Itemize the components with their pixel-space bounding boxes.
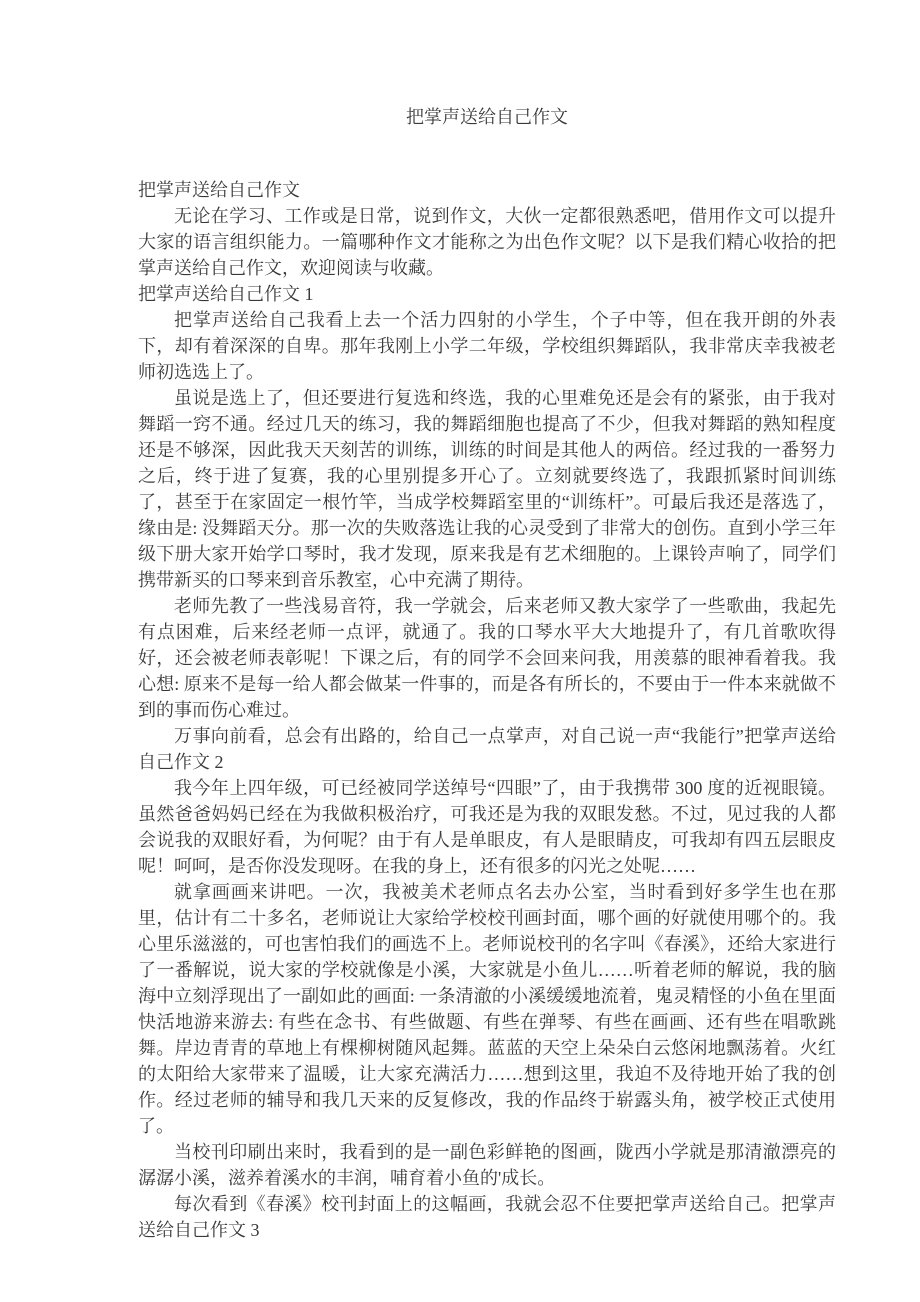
paragraph: 老师先教了一些浅易音符，我一学就会，后来老师又教大家学了一些歌曲，我起先有点困难… [138, 593, 836, 723]
paragraph: 每次看到《春溪》校刊封面上的这幅画，我就会忍不住要把掌声送给自己。把掌声送给自己… [138, 1191, 836, 1243]
paragraph: 当校刊印刷出来时，我看到的是一副色彩鲜艳的图画，陇西小学就是那清澈漂亮的潺潺小溪… [138, 1139, 836, 1191]
paragraph: 就拿画画来讲吧。一次，我被美术老师点名去办公室，当时看到好多学生也在那里，估计有… [138, 879, 836, 1139]
paragraph: 我今年上四年级，可已经被同学送绰号“四眼”了，由于我携带 300 度的近视眼镜。… [138, 775, 836, 879]
paragraph: 虽说是选上了，但还要进行复选和终选，我的心里难免还是会有的紧张，由于我对舞蹈一窍… [138, 385, 836, 593]
document-title: 把掌声送给自己作文 [138, 104, 836, 130]
paragraph: 无论在学习、工作或是日常，说到作文，大伙一定都很熟悉吧，借用作文可以提升大家的语… [138, 203, 836, 281]
paragraph: 把掌声送给自己我看上去一个活力四射的小学生，个子中等，但在我开朗的外表下，却有着… [138, 307, 836, 385]
document-page: 把掌声送给自己作文 把掌声送给自己作文 无论在学习、工作或是日常，说到作文，大伙… [0, 0, 920, 1302]
paragraph: 把掌声送给自己作文 1 [138, 281, 836, 307]
document-heading: 把掌声送给自己作文 [138, 177, 836, 203]
paragraph: 万事向前看，总会有出路的，给自己一点掌声，对自己说一声“我能行”把掌声送给自己作… [138, 723, 836, 775]
document-body: 无论在学习、工作或是日常，说到作文，大伙一定都很熟悉吧，借用作文可以提升大家的语… [138, 203, 836, 1243]
